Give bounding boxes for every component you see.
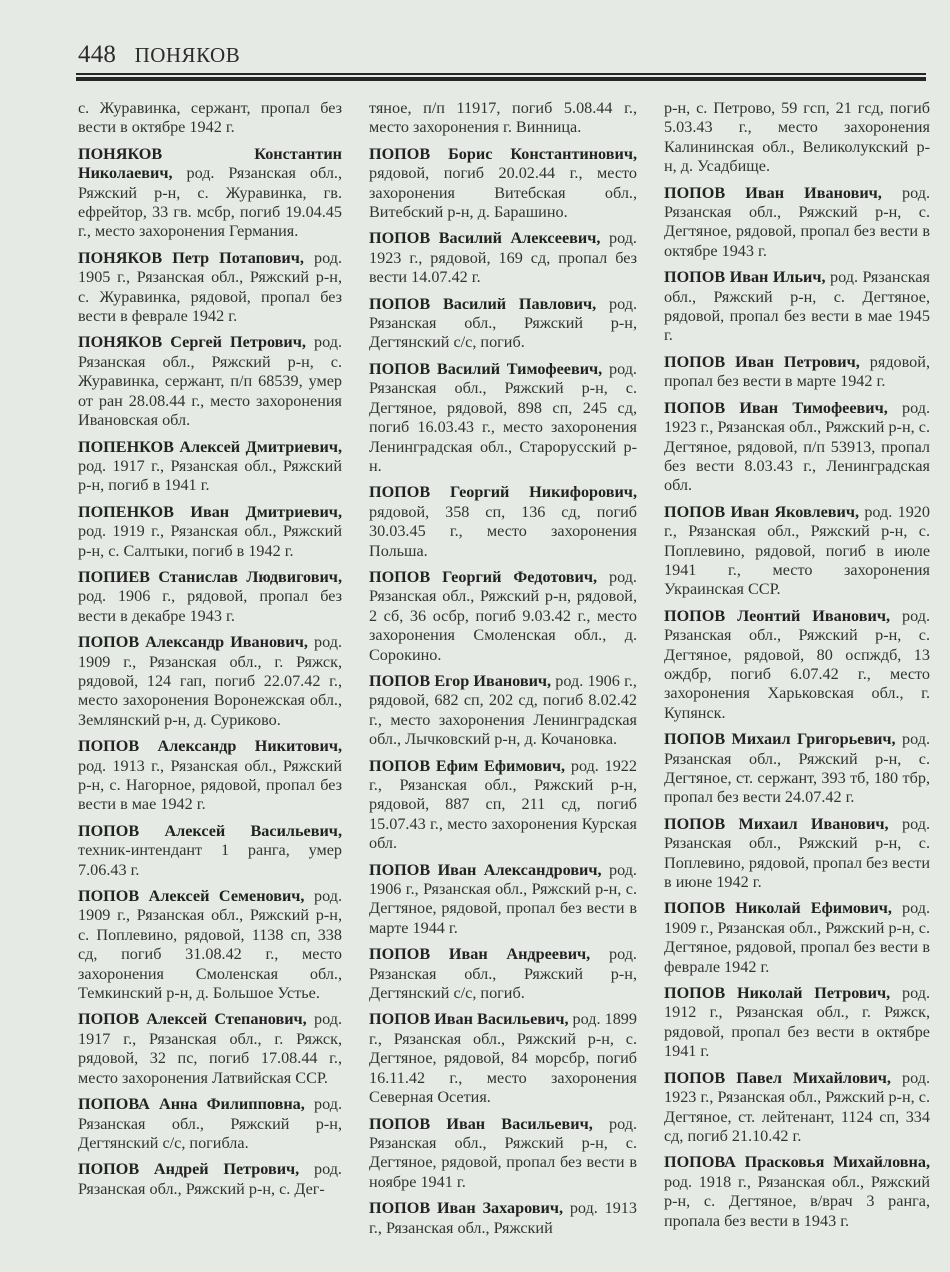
entry: ПОПОВ Георгий Федотович, род. Рязанская … (369, 568, 637, 665)
column-middle: тяное, п/п 11917, погиб 5.08.44 г., мест… (369, 99, 637, 1245)
entry: ПОПОВ Алексей Васильевич, техник-интенда… (78, 822, 342, 880)
entry-name: ПОПОВ Алексей Степанович, (78, 1010, 307, 1028)
entry-text: тяное, п/п 11917, погиб 5.08.44 г., мест… (369, 99, 637, 136)
entry-name: ПОПОВ Иван Васильевич, (369, 1010, 569, 1028)
entry-name: ПОПОВ Борис Константинович, (369, 145, 637, 163)
entry-name: ПОПОВ Николай Ефимович, (664, 899, 892, 917)
entry: ПОНЯКОВ Константин Николаевич, род. Ряза… (78, 145, 342, 242)
column-right: р-н, с. Петрово, 59 гсп, 21 гсд, погиб 5… (664, 99, 930, 1245)
entry-name: ПОПОВ Иван Александрович, (369, 861, 602, 879)
entry: ПОПОВ Михаил Григорьевич, род. Рязанская… (664, 730, 930, 808)
entry: ПОПОВ Иван Ильич, род. Рязанская обл., Р… (664, 268, 930, 346)
entry: ПОПОВ Иван Тимофеевич, род. 1923 г., Ряз… (664, 399, 930, 496)
entry-text: с. Журавинка, сержант, пропал без вести … (78, 99, 342, 136)
entry-name: ПОПОВ Иван Яковлевич, (664, 503, 859, 521)
entry-name: ПОПОВ Алексей Васильевич, (78, 822, 342, 840)
entry-text: техник-интендант 1 ранга, умер 7.06.43 г… (78, 841, 342, 878)
entry-text: рядовой, погиб 20.02.44 г., место захоро… (369, 164, 637, 221)
entry: ПОПОВ Андрей Петрович, род. Рязанская об… (78, 1160, 342, 1199)
entry-name: ПОПОВ Иван Иванович, (664, 184, 882, 202)
column-left: с. Журавинка, сержант, пропал без вести … (78, 99, 342, 1245)
entry: ПОПОВ Георгий Никифорович, рядовой, 358 … (369, 483, 637, 561)
entry-name: ПОПОВ Иван Тимофеевич, (664, 399, 888, 417)
entry: ПОПОВ Александр Никитович, род. 1913 г.,… (78, 737, 342, 815)
entry: ПОПОВ Василий Павлович, род. Рязанская о… (369, 295, 637, 353)
entry: ПОПОВ Алексей Степанович, род. 1917 г., … (78, 1010, 342, 1088)
entry: тяное, п/п 11917, погиб 5.08.44 г., мест… (369, 99, 637, 138)
entry-text: рядовой, 358 сп, 136 сд, погиб 30.03.45 … (369, 503, 637, 560)
entry: р-н, с. Петрово, 59 гсп, 21 гсд, погиб 5… (664, 99, 930, 177)
entry: ПОПОВ Борис Константинович, рядовой, пог… (369, 145, 637, 223)
entry: ПОПОВА Анна Филипповна, род. Рязанская о… (78, 1095, 342, 1153)
entry: ПОПОВ Иван Петрович, рядовой, пропал без… (664, 353, 930, 392)
entry-text: р-н, с. Петрово, 59 гсп, 21 гсд, погиб 5… (664, 99, 930, 175)
header-rule-thin (76, 73, 926, 75)
entry-name: ПОПЕНКОВ Иван Дмитриевич, (78, 503, 342, 521)
entry: ПОПОВА Прасковья Михайловна, род. 1918 г… (664, 1153, 930, 1231)
entry-name: ПОПОВА Анна Филипповна, (78, 1095, 305, 1113)
entry: ПОПОВ Иван Захарович, род. 1913 г., Ряза… (369, 1199, 637, 1238)
entry-text: род. 1906 г., рядовой, пропал без вести … (78, 587, 342, 624)
entry-name: ПОПОВ Василий Павлович, (369, 295, 596, 313)
entry: ПОНЯКОВ Сергей Петрович, род. Рязанская … (78, 333, 342, 430)
entry-name: ПОПИЕВ Станислав Людвигович, (78, 568, 342, 586)
page-header: 448 ПОНЯКОВ (78, 40, 240, 70)
entry-name: ПОПОВ Василий Тимофеевич, (369, 360, 602, 378)
entry-name: ПОПОВ Иван Петрович, (664, 353, 860, 371)
entry-name: ПОПОВ Иван Ильич, (664, 268, 826, 286)
entry: ПОПОВ Михаил Иванович, род. Рязанская об… (664, 815, 930, 893)
entry: ПОПОВ Василий Тимофеевич, род. Рязанская… (369, 360, 637, 476)
running-head: ПОНЯКОВ (135, 43, 241, 67)
entry-text: род. 1918 г., Рязанская обл., Ряжский р-… (664, 1173, 930, 1230)
entry: ПОПОВ Иван Яковлевич, род. 1920 г., Ряза… (664, 503, 930, 600)
entry-text: род. 1917 г., Рязанская обл., Ряжский р-… (78, 457, 342, 494)
entry-name: ПОПОВ Михаил Григорьевич, (664, 730, 896, 748)
entry-name: ПОПОВ Михаил Иванович, (664, 815, 889, 833)
entry-name: ПОПОВА Прасковья Михайловна, (664, 1153, 930, 1171)
entry: ПОПОВ Иван Васильевич, род. Рязанская об… (369, 1115, 637, 1193)
entry-name: ПОПОВ Николай Петрович, (664, 984, 890, 1002)
entry: ПОПОВ Николай Петрович, род. 1912 г., Ря… (664, 984, 930, 1062)
entry: ПОПОВ Иван Андреевич, род. Рязанская обл… (369, 945, 637, 1003)
entry: ПОПОВ Леонтий Иванович, род. Рязанская о… (664, 607, 930, 723)
entry-name: ПОПОВ Александр Никитович, (78, 737, 342, 755)
entry: ПОНЯКОВ Петр Потапович, род. 1905 г., Ря… (78, 249, 342, 327)
entry-name: ПОПОВ Андрей Петрович, (78, 1160, 299, 1178)
entry-name: ПОПЕНКОВ Алексей Дмитриевич, (78, 438, 342, 456)
entry-name: ПОНЯКОВ Сергей Петрович, (78, 333, 306, 351)
entry-text: род. 1919 г., Рязанская обл., Ряжский р-… (78, 522, 342, 559)
entry-name: ПОПОВ Алексей Семенович, (78, 887, 304, 905)
entry-name: ПОПОВ Георгий Никифорович, (369, 483, 637, 501)
entry: ПОПОВ Иван Александрович, род. 1906 г., … (369, 861, 637, 939)
entry: ПОПЕНКОВ Алексей Дмитриевич, род. 1917 г… (78, 438, 342, 496)
entry: ПОПОВ Иван Васильевич, род. 1899 г., Ряз… (369, 1010, 637, 1107)
entry-name: ПОПОВ Леонтий Иванович, (664, 607, 890, 625)
entry: ПОПОВ Александр Иванович, род. 1909 г., … (78, 633, 342, 730)
entry-name: ПОПОВ Павел Михайлович, (664, 1069, 891, 1087)
entry: с. Журавинка, сержант, пропал без вести … (78, 99, 342, 138)
entry: ПОПОВ Алексей Семенович, род. 1909 г., Р… (78, 887, 342, 1003)
entry: ПОПОВ Егор Иванович, род. 1906 г., рядов… (369, 672, 637, 750)
entry-name: ПОПОВ Александр Иванович, (78, 633, 308, 651)
page-number: 448 (78, 41, 116, 68)
entry: ПОПОВ Ефим Ефимович, род. 1922 г., Рязан… (369, 757, 637, 854)
text-columns: с. Журавинка, сержант, пропал без вести … (78, 99, 930, 1245)
header-rule-thick (76, 77, 926, 81)
entry-name: ПОПОВ Иван Васильевич, (369, 1115, 593, 1133)
entry-name: ПОПОВ Егор Иванович, (369, 672, 551, 690)
entry-name: ПОПОВ Василий Алексеевич, (369, 229, 600, 247)
entry-name: ПОПОВ Иван Андреевич, (369, 945, 590, 963)
entry-name: ПОПОВ Георгий Федотович, (369, 568, 597, 586)
entry-text: род. 1913 г., Рязанская обл., Ряжский р-… (78, 757, 342, 814)
entry: ПОПОВ Иван Иванович, род. Рязанская обл.… (664, 184, 930, 262)
entry: ПОПОВ Павел Михайлович, род. 1923 г., Ря… (664, 1069, 930, 1147)
entry: ПОПЕНКОВ Иван Дмитриевич, род. 1919 г., … (78, 503, 342, 561)
entry-name: ПОПОВ Ефим Ефимович, (369, 757, 565, 775)
entry-name: ПОПОВ Иван Захарович, (369, 1199, 563, 1217)
entry: ПОПИЕВ Станислав Людвигович, род. 1906 г… (78, 568, 342, 626)
entry: ПОПОВ Николай Ефимович, род. 1909 г., Ря… (664, 899, 930, 977)
entry-name: ПОНЯКОВ Петр Потапович, (78, 249, 304, 267)
entry: ПОПОВ Василий Алексеевич, род. 1923 г., … (369, 229, 637, 287)
